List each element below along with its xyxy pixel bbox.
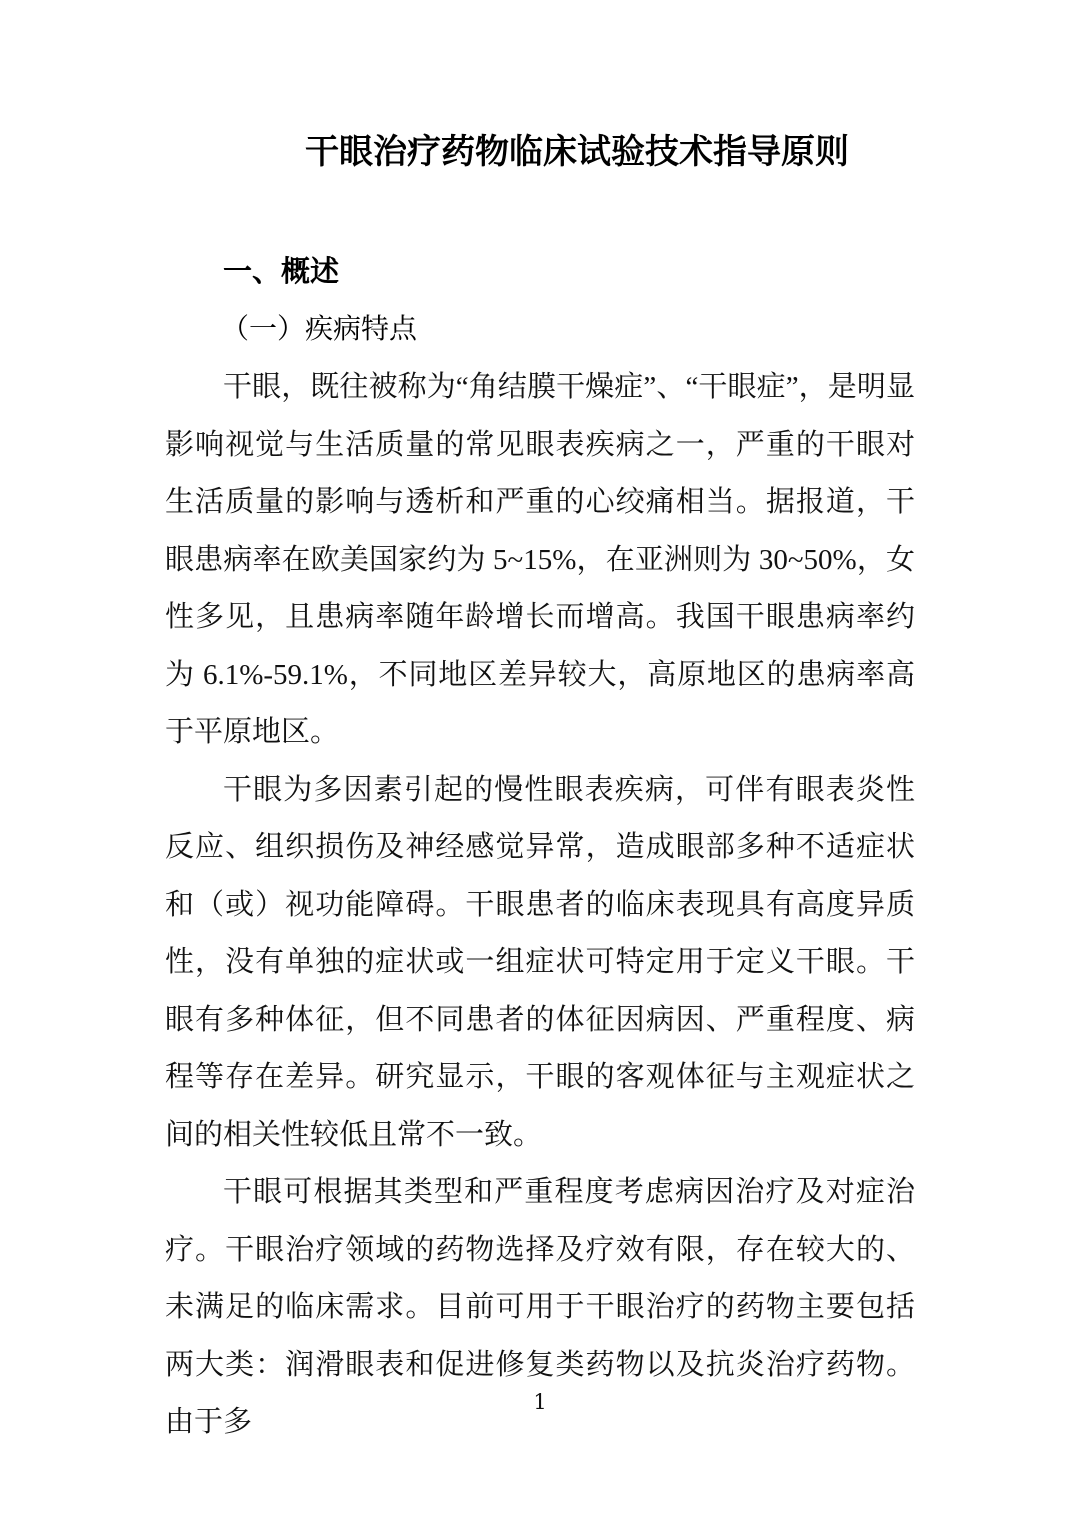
document-page: 干眼治疗药物临床试验技术指导原则 一、概述 （一）疾病特点 干眼，既往被称为“角… (0, 0, 1080, 1527)
page-number: 1 (0, 1390, 1080, 1414)
document-title: 干眼治疗药物临床试验技术指导原则 (239, 130, 915, 176)
section-heading: 一、概述 (165, 251, 915, 294)
subsection-heading: （一）疾病特点 (165, 308, 915, 351)
paragraph: 干眼，既往被称为“角结膜干燥症”、“干眼症”，是明显影响视觉与生活质量的常见眼表… (165, 359, 915, 762)
document-body: 干眼，既往被称为“角结膜干燥症”、“干眼症”，是明显影响视觉与生活质量的常见眼表… (165, 359, 915, 1452)
paragraph: 干眼为多因素引起的慢性眼表疾病，可伴有眼表炎性反应、组织损伤及神经感觉异常，造成… (165, 762, 915, 1165)
